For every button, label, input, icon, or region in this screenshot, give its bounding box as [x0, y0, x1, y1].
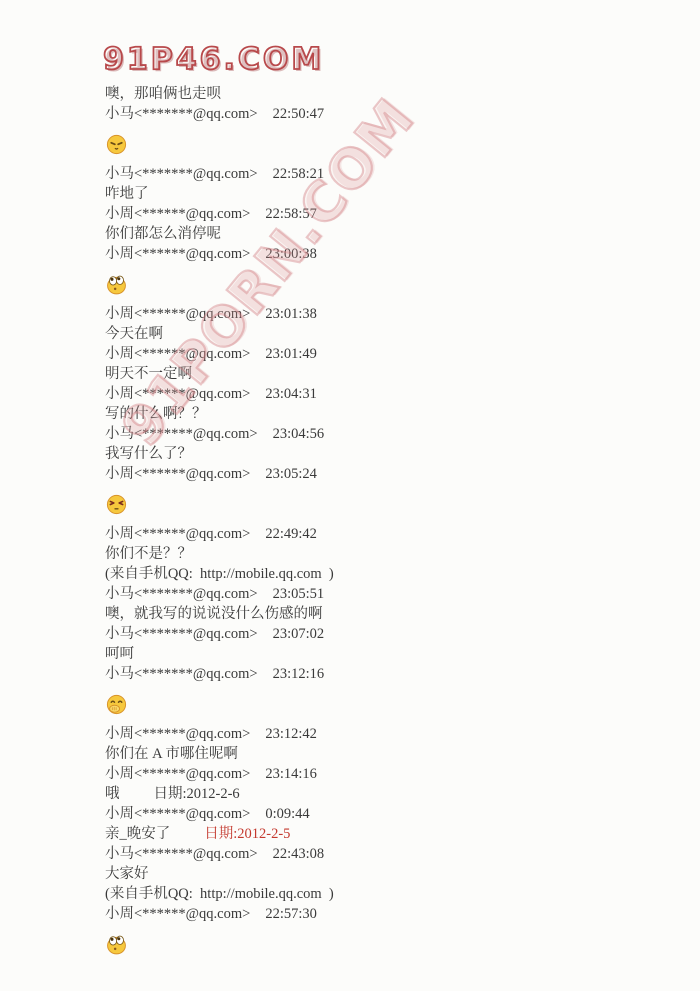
message-text-line: (来自手机QQ: http://mobile.qq.com ) — [105, 564, 334, 584]
message-meta-line: 小周<******@qq.com>23:05:24 — [105, 464, 334, 484]
message-text-line: 明天不一定啊 — [105, 364, 334, 384]
message-meta-line: 小周<******@qq.com>23:14:16 — [105, 764, 334, 784]
sender-email: 小周<******@qq.com> — [105, 386, 250, 402]
timestamp: 23:04:56 — [273, 426, 325, 442]
timestamp: 22:58:21 — [273, 166, 325, 182]
date-label: 日期:2012-2-6 — [154, 786, 240, 802]
message-meta-line: 小马<*******@qq.com>22:50:47 — [105, 104, 334, 124]
message-text: 哦 — [105, 786, 120, 802]
message-meta-line: 小马<*******@qq.com>22:43:08 — [105, 844, 334, 864]
emoji-line — [105, 684, 334, 724]
message-text-line: 你们都怎么消停呢 — [105, 224, 334, 244]
sender-email: 小周<******@qq.com> — [105, 526, 250, 542]
sender-email: 小马<*******@qq.com> — [105, 846, 258, 862]
message-meta-line: 小周<******@qq.com>22:57:30 — [105, 904, 334, 924]
sender-email: 小马<*******@qq.com> — [105, 666, 258, 682]
sender-email: 小周<******@qq.com> — [105, 726, 250, 742]
message-meta-line: 小周<******@qq.com>23:00:38 — [105, 244, 334, 264]
sender-email: 小周<******@qq.com> — [105, 906, 250, 922]
message-text-line: 写的什么啊？？ — [105, 404, 334, 424]
timestamp: 23:12:42 — [265, 726, 317, 742]
timestamp: 23:05:51 — [273, 586, 325, 602]
message-text-line: 噢，那咱俩也走呗 — [105, 84, 334, 104]
emoji-line — [105, 124, 334, 164]
date-label: 日期:2012-2-5 — [204, 826, 290, 842]
timestamp: 22:50:47 — [273, 106, 325, 122]
sender-email: 小周<******@qq.com> — [105, 206, 250, 222]
sender-email: 小马<*******@qq.com> — [105, 626, 258, 642]
timestamp: 0:09:44 — [265, 806, 309, 822]
curious-face-emoji — [105, 933, 128, 956]
timestamp: 23:04:31 — [265, 386, 317, 402]
sender-email: 小马<*******@qq.com> — [105, 426, 258, 442]
message-text-line: 你们在 A 市哪住呢啊 — [105, 744, 334, 764]
timestamp: 23:01:38 — [265, 306, 317, 322]
timestamp: 22:57:30 — [265, 906, 317, 922]
timestamp: 23:05:24 — [265, 466, 317, 482]
message-text-line: 咋地了 — [105, 184, 334, 204]
site-logo: 91P46.COM — [103, 42, 324, 77]
message-meta-line: 小周<******@qq.com>23:01:38 — [105, 304, 334, 324]
chat-log: 噢，那咱俩也走呗小马<*******@qq.com>22:50:47小马<***… — [105, 84, 334, 964]
message-meta-line: 小周<******@qq.com>22:49:42 — [105, 524, 334, 544]
message-with-date-line: 亲_晚安了日期:2012-2-5 — [105, 824, 334, 844]
message-text-line: 你们不是？？ — [105, 544, 334, 564]
timestamp: 22:49:42 — [265, 526, 317, 542]
message-meta-line: 小周<******@qq.com>23:12:42 — [105, 724, 334, 744]
message-text-line: 呵呵 — [105, 644, 334, 664]
timestamp: 22:58:57 — [265, 206, 317, 222]
sender-email: 小周<******@qq.com> — [105, 346, 250, 362]
titter-face-emoji — [105, 693, 128, 716]
emoji-line — [105, 484, 334, 524]
squint-face-emoji — [105, 493, 128, 516]
message-text-line: 我写什么了？ — [105, 444, 334, 464]
sender-email: 小马<*******@qq.com> — [105, 586, 258, 602]
message-meta-line: 小周<******@qq.com>22:58:57 — [105, 204, 334, 224]
timestamp: 22:43:08 — [273, 846, 325, 862]
message-meta-line: 小马<*******@qq.com>23:05:51 — [105, 584, 334, 604]
message-meta-line: 小马<*******@qq.com>23:07:02 — [105, 624, 334, 644]
timestamp: 23:00:38 — [265, 246, 317, 262]
emoji-line — [105, 924, 334, 964]
message-meta-line: 小马<*******@qq.com>23:04:56 — [105, 424, 334, 444]
sleepy-face-emoji — [105, 133, 128, 156]
timestamp: 23:14:16 — [265, 766, 317, 782]
message-text-line: 大家好 — [105, 864, 334, 884]
sender-email: 小马<*******@qq.com> — [105, 166, 258, 182]
message-with-date-line: 哦日期:2012-2-6 — [105, 784, 334, 804]
sender-email: 小周<******@qq.com> — [105, 306, 250, 322]
sender-email: 小周<******@qq.com> — [105, 246, 250, 262]
curious-face-emoji — [105, 273, 128, 296]
message-meta-line: 小周<******@qq.com>0:09:44 — [105, 804, 334, 824]
emoji-line — [105, 264, 334, 304]
message-meta-line: 小周<******@qq.com>23:01:49 — [105, 344, 334, 364]
timestamp: 23:01:49 — [265, 346, 317, 362]
sender-email: 小周<******@qq.com> — [105, 766, 250, 782]
sender-email: 小周<******@qq.com> — [105, 466, 250, 482]
sender-email: 小周<******@qq.com> — [105, 806, 250, 822]
timestamp: 23:12:16 — [273, 666, 325, 682]
timestamp: 23:07:02 — [273, 626, 325, 642]
message-text-line: 噢，就我写的说说没什么伤感的啊 — [105, 604, 334, 624]
message-text: 亲_晚安了 — [105, 826, 170, 842]
message-meta-line: 小周<******@qq.com>23:04:31 — [105, 384, 334, 404]
sender-email: 小马<*******@qq.com> — [105, 106, 258, 122]
message-meta-line: 小马<*******@qq.com>23:12:16 — [105, 664, 334, 684]
message-meta-line: 小马<*******@qq.com>22:58:21 — [105, 164, 334, 184]
message-text-line: (来自手机QQ: http://mobile.qq.com ) — [105, 884, 334, 904]
message-text-line: 今天在啊 — [105, 324, 334, 344]
